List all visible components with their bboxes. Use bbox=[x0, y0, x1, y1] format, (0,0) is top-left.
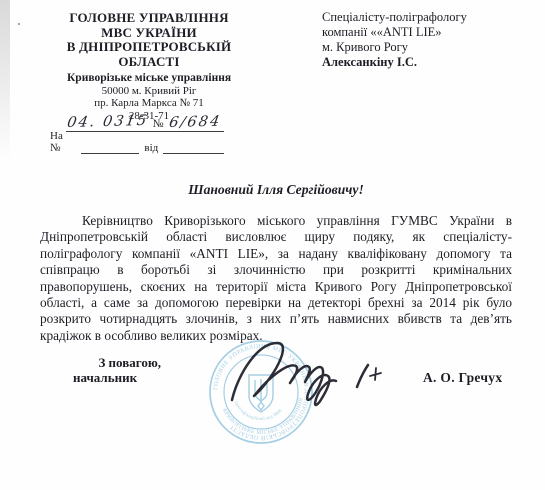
recipient-company: компанії ««ANTI LIE» bbox=[322, 25, 537, 40]
sender-address-line: 50000 м. Кривий Ріг bbox=[30, 85, 268, 97]
handwritten-date: 04. 0315 bbox=[66, 113, 149, 131]
body-line: поліграфологу компанії «ANTI LIE», за на… bbox=[40, 246, 512, 262]
body-line: розкрито чотирнадцять злочинів, з них п’… bbox=[40, 311, 512, 327]
reply-date-blank bbox=[163, 142, 224, 154]
closing-regards: З повагою, bbox=[30, 355, 161, 371]
signature-stroke bbox=[232, 343, 336, 405]
recipient-name: Алексанкіну І.С. bbox=[322, 55, 537, 70]
reply-ref-row: На № від bbox=[50, 130, 224, 154]
outgoing-ref-row: 04. 0315 № 6/684 bbox=[66, 112, 224, 132]
signature-ink bbox=[210, 330, 395, 422]
sender-org-line: ГОЛОВНЕ УПРАВЛІННЯ bbox=[30, 11, 268, 26]
scan-artifact bbox=[18, 23, 20, 25]
sender-org-line: ОБЛАСТІ bbox=[30, 55, 268, 70]
recipient-line: Спеціалісту-поліграфологу bbox=[322, 10, 537, 25]
number-sign: № bbox=[153, 118, 164, 130]
signer-name: А. О. Гречух bbox=[423, 370, 502, 386]
reply-from-label: від bbox=[144, 142, 158, 154]
body-line: співпрацю в боротьбі зі злочинністю при … bbox=[40, 262, 512, 278]
body-line: Дніпропетровській області висловлює щиру… bbox=[40, 229, 512, 245]
scan-edge-shadow bbox=[0, 0, 10, 230]
body-line: Керівництво Криворізького міського управ… bbox=[40, 213, 512, 229]
recipient-block: Спеціалісту-поліграфологу компанії ««ANT… bbox=[322, 10, 537, 70]
sender-letterhead: ГОЛОВНЕ УПРАВЛІННЯ МВС УКРАЇНИ В ДНІПРОП… bbox=[30, 11, 268, 122]
sender-address-line: пр. Карла Маркса № 71 bbox=[30, 97, 268, 109]
signer-job-title: начальник bbox=[73, 370, 137, 386]
salutation: Шановний Ілля Сергійовичу! bbox=[40, 182, 512, 198]
body-line: області, а саме за допомогою перевірки н… bbox=[40, 295, 512, 311]
sender-org-line: В ДНІПРОПЕТРОВСЬКІЙ bbox=[30, 40, 268, 55]
sender-org-line: МВС УКРАЇНИ bbox=[30, 26, 268, 41]
handwritten-number: 6/684 bbox=[168, 114, 222, 131]
body-line: правопорушень, скоєних на території міст… bbox=[40, 279, 512, 295]
reply-prefix-label: На № bbox=[50, 130, 76, 154]
signature-mark bbox=[370, 368, 381, 380]
letter-body: Керівництво Криворізького міського управ… bbox=[40, 213, 512, 344]
sender-department: Криворізьке міське управління bbox=[30, 72, 268, 85]
reply-number-blank bbox=[81, 142, 140, 154]
scanned-letter-page: ГОЛОВНЕ УПРАВЛІННЯ МВС УКРАЇНИ В ДНІПРОП… bbox=[0, 0, 545, 490]
signature-flourish bbox=[357, 365, 368, 387]
recipient-city: м. Кривого Рогу bbox=[322, 40, 537, 55]
